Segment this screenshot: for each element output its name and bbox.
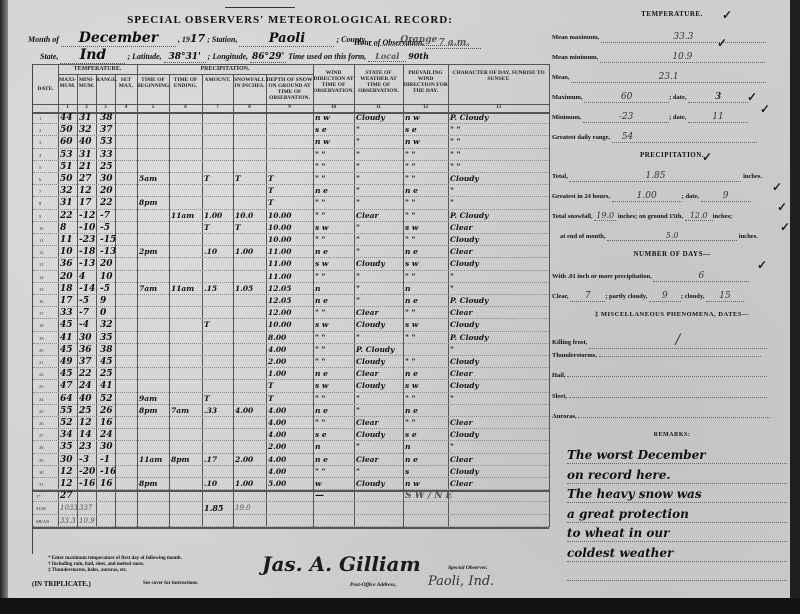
row-guide [33,367,549,368]
table-cell-setmax: 41 [100,381,113,391]
table-cell-setmax: 53 [100,137,113,147]
table-cell-max: 20 [60,272,73,282]
table-cell-min: -18 [79,247,95,257]
table-cell-min: -14 [79,284,95,294]
row-guide [33,209,549,210]
table-cell-weather: " [356,198,360,208]
table-cell-character: " " [450,162,460,172]
check-mark-icon: ✓ [747,90,757,105]
table-cell-prevailing: " " [405,418,415,428]
table-cell-character: Cloudy [450,357,479,367]
footnote-3: ‡ Thunderstorms, hales, auroras, etc. [48,568,127,573]
thunder-value [599,356,761,357]
table-cell-max: 45 [60,369,73,379]
row-guide [33,428,549,429]
table-cell-setmax: -5 [100,284,110,294]
column-number: 4 [115,105,137,111]
extra-row-label: 1* [36,494,41,499]
table-cell-character: Cloudy [450,381,479,391]
table-cell-max: 60 [60,137,73,147]
table-cell-depth: 12.05 [268,296,292,306]
table-cell-wind: s w [315,381,328,391]
column-divider [169,74,170,527]
table-cell-max: 32 [60,186,73,196]
table-cell-setmax: -16 [100,467,116,477]
table-cell-min: 30 [79,333,92,343]
table-cell-setmax: 20 [100,186,113,196]
table-cell-setmax: 25 [100,162,113,172]
endmonth-unit: inches. [739,233,758,240]
table-cell-weather: Cloudy [356,430,385,440]
remark-line: The worst December [567,447,787,464]
table-cell-snow: 10.0 [235,211,253,221]
snowfall-mid-label: inches; on ground 15th, [618,213,683,220]
row-guide [33,294,549,295]
table-cell-wind: " " [315,174,325,184]
row-guide [33,160,549,161]
table-cell-max: 44 [60,113,73,123]
table-cell-setmax: 25 [100,369,113,379]
table-cell-prevailing: s w [405,320,418,330]
remark-line: The heavy snow was [567,486,787,503]
table-cell-max: 47 [60,381,73,391]
observations-table: TEMPERATURE.PRECIPITATION.DATE.MAXI-MUM.… [32,64,549,554]
hail: Hail, [552,372,777,379]
station-label: ; Station, [207,35,237,44]
summary-cell-min: 10.9 [79,516,95,526]
table-cell-min: 23 [79,442,92,452]
table-cell-prevailing: s w [405,381,418,391]
table-cell-max: 11 [60,235,73,245]
table-row-date: 13 [39,262,44,267]
precipitation-heading: PRECIPITATION. [552,151,792,159]
row-guide [33,318,549,319]
table-cell-min: 31 [79,113,92,123]
table-cell-setmax: 35 [100,333,113,343]
clear-value: 7 [570,291,605,302]
table-cell-setmax: 16 [100,479,113,489]
column-header: RANGE. [96,77,115,83]
ground-15th-value: 12.0 [685,211,713,221]
column-divider [313,64,314,527]
table-row-date: 14 [39,275,44,280]
column-divider [403,64,404,527]
weather-record-document: SPECIAL OBSERVERS' METEOROLOGICAL RECORD… [0,0,800,604]
table-cell-max: 50 [60,174,73,184]
summary-cell-max: 33.3 [60,516,76,526]
row-guide [33,135,549,136]
table-cell-min: 12 [79,418,92,428]
mean-min-value: 10.9 [600,52,765,63]
snowfall-label: Total snowfall, [552,213,593,220]
table-cell-amount: T [204,174,210,184]
table-row-date: 16 [39,299,44,304]
table-cell-character: " " [450,125,460,135]
table-row-date: 27 [39,433,44,438]
summary-cell-amount: 1.85 [204,503,223,513]
table-cell-character: " [450,284,454,294]
table-cell-weather: Cloudy [356,357,385,367]
table-cell-depth: 11.00 [268,259,292,269]
check-mark-icon: ✓ [777,200,787,215]
table-cell-weather: " [356,284,360,294]
table-cell-weather: Cloudy [356,320,385,330]
precip-total-unit: inches. [743,173,762,180]
partly-value: 9 [649,291,681,302]
column-divider [96,74,97,527]
table-row-date: 20 [39,348,44,353]
column-divider [77,74,78,527]
table-cell-character: P. Cloudy [450,333,489,343]
table-row-date: 4 [39,153,41,158]
table-cell-begin: 9am [139,394,157,404]
column-header: TIME OF ENDING. [169,77,202,89]
scan-right-edge [790,0,800,600]
table-cell-wind: s w [315,320,328,330]
mean-minimum: Mean minimum, 10.9 [552,52,777,63]
table-cell-character: " [450,394,454,404]
column-number: 11 [354,105,403,111]
time-extra: 90th [408,51,429,61]
column-header: WIND DIRECTION AT TIME OF OBSERVATION. [313,70,354,94]
table-cell-wind: " " [315,211,325,221]
table-row-date: 28 [39,445,44,450]
table-cell-depth: 10.00 [268,223,292,233]
table-cell-character: Clear [450,308,472,318]
table-cell-setmax: 32 [100,320,113,330]
summary-cell-wind: — [315,491,324,501]
table-cell-weather: Clear [356,369,378,379]
check-mark-icon: ✓ [702,150,712,165]
table-cell-wind: n [315,442,320,452]
table-cell-character: Clear [450,223,472,233]
table-cell-setmax: 38 [100,113,113,123]
table-cell-character: Clear [450,369,472,379]
table-cell-wind: " " [315,467,325,477]
table-row-date: 10 [39,226,44,231]
table-cell-end: 8pm [171,455,189,465]
table-row-date: 19 [39,336,44,341]
hail-label: Hail, [552,372,566,379]
table-row-date: 26 [39,421,44,426]
table-cell-min: 17 [79,198,92,208]
table-cell-max: 41 [60,333,73,343]
table-cell-min: -10 [79,223,95,233]
table-cell-wind: s w [315,223,328,233]
table-cell-weather: Clear [356,418,378,428]
table-cell-wind: " " [315,198,325,208]
top-rule [225,7,295,8]
table-cell-depth: 11.00 [268,272,292,282]
form-title: SPECIAL OBSERVERS' METEOROLOGICAL RECORD… [70,14,510,26]
table-cell-amount: .33 [204,406,217,416]
table-row-date: 6 [39,177,41,182]
latitude-value: 38°31' [164,52,206,63]
column-number: 8 [233,105,266,111]
table-cell-min: 40 [79,394,92,404]
row-guide [33,257,549,258]
column-header: PREVAILING WIND DIRECTION FOR THE DAY. [403,70,448,94]
footnote-1: * Enter maximum temperature of first day… [48,556,182,561]
table-cell-snow: 1.00 [235,247,253,257]
table-cell-max: 49 [60,357,73,367]
hail-value [567,376,767,377]
table-cell-max: 51 [60,162,73,172]
hour-label: Hour of Observation, [354,38,424,47]
table-cell-amount: .10 [204,247,217,257]
row-guide [33,526,549,527]
table-cell-max: 55 [60,406,73,416]
table-cell-weather: " [356,150,360,160]
row-guide [33,270,549,271]
table-cell-max: 34 [60,430,73,440]
min-date-label: ; date, [669,114,686,121]
table-cell-depth: 8.00 [268,333,286,343]
time-label: Time used on this form, [288,52,366,61]
column-header: DATE. [33,86,58,92]
table-cell-character: Cloudy [450,174,479,184]
table-row-date: 8 [39,201,41,206]
table-cell-prevailing: " " [405,174,415,184]
max-date-label: ; date, [669,94,686,101]
table-cell-amount: T [204,223,210,233]
cloudy-label: ; cloudy, [681,293,704,300]
observer-label: Special Observer. [448,565,487,571]
table-cell-max: 31 [60,198,73,208]
column-divider [266,74,267,527]
column-divider [549,64,550,527]
column-header: TIME OF BEGINNING. [137,77,169,89]
state-label: State, [40,52,58,61]
column-header: MAXI-MUM. [58,77,77,89]
table-cell-prevailing: n e [405,296,418,306]
table-cell-amount: T [204,394,210,404]
table-cell-amount: .10 [204,479,217,489]
sleet: Sleet, [552,393,777,400]
table-cell-wind: " " [315,150,325,160]
table-cell-prevailing: " " [405,150,415,160]
address-value: Paoli, Ind. [428,574,494,589]
table-row-date: 12 [39,250,44,255]
table-cell-character: Clear [450,418,472,428]
column-number: 10 [313,105,354,111]
row-guide [33,489,549,490]
table-row-date: 5 [39,165,41,170]
column-number: 12 [403,105,448,111]
summary-cell-min: 337 [79,503,92,513]
table-cell-wind: s e [315,430,327,440]
table-cell-wind: " " [315,235,325,245]
table-cell-character: " [450,198,454,208]
table-cell-max: 45 [60,345,73,355]
table-cell-weather: " [356,467,360,477]
table-cell-amount: 1.00 [204,211,222,221]
remarks-heading: REMARKS: [552,432,792,438]
table-cell-max: 17 [60,296,73,306]
table-cell-character: " [450,345,454,355]
table-cell-min: 21 [79,162,92,172]
greatest-date-value: 9 [701,191,751,202]
table-cell-max: 18 [60,284,73,294]
table-cell-weather: " [356,162,360,172]
number-of-days-heading: NUMBER OF DAYS— [552,250,792,258]
table-cell-wind: n e [315,406,328,416]
table-cell-weather: " [356,442,360,452]
table-cell-setmax: 16 [100,418,113,428]
table-cell-prevailing: s [405,467,409,477]
table-cell-wind: n e [315,455,328,465]
table-cell-end: 11am [171,284,194,294]
table-cell-prevailing: n e [405,247,418,257]
max-date-value: 3 [688,92,748,103]
clear-label: Clear, [552,293,569,300]
column-divider [58,64,59,527]
table-cell-depth: T [268,174,274,184]
table-cell-prevailing: n w [405,137,420,147]
mean-max-label: Mean maximum, [552,34,599,41]
cloudy-value: 15 [706,291,744,302]
table-cell-amount: .15 [204,284,217,294]
table-row-date: 25 [39,409,44,414]
table-cell-max: 52 [60,418,73,428]
column-number: 7 [202,105,233,111]
table-cell-setmax: 10 [100,272,113,282]
remark-line: to wheat in our [567,525,787,542]
table-cell-character: P. Cloudy [450,211,489,221]
table-top-border [33,64,549,65]
header-row-state: State, Ind ; Latitude, 38°31' ; Longitud… [40,47,429,64]
row-guide [33,465,549,466]
thunderstorms: Thunderstorms, [552,352,777,359]
misc-phenomena-heading: ‡ MISCELLANEOUS PHENOMENA, DATES— [552,311,792,318]
table-cell-min: 27 [79,174,92,184]
table-cell-depth: 12.05 [268,284,292,294]
table-cell-character: P. Cloudy [450,296,489,306]
table-cell-character: " [450,442,454,452]
table-cell-prevailing: " " [405,198,415,208]
table-row-date: 1 [39,116,41,121]
table-cell-max: 64 [60,394,73,404]
row-guide [33,453,549,454]
table-row-date: 21 [39,360,44,365]
max-value: 60 [584,92,669,103]
table-cell-max: 12 [60,467,73,477]
table-row-date: 22 [39,372,44,377]
table-cell-setmax: 37 [100,125,113,135]
row-guide [33,501,549,502]
table-cell-prevailing: n e [405,455,418,465]
table-cell-character: Cloudy [450,259,479,269]
table-cell-min: -4 [79,320,89,330]
table-cell-begin: 8pm [139,479,157,489]
table-cell-depth: 11.00 [268,247,292,257]
table-cell-min: 37 [79,357,92,367]
longitude-value: 86°29' [250,52,286,63]
month-value: December [61,30,176,47]
column-header: SET MAX. [115,77,137,89]
table-cell-wind: " " [315,308,325,318]
greatest-value: 1.00 [612,191,682,202]
table-row-date: 29 [39,458,44,463]
table-cell-weather: " [356,125,360,135]
table-row-date: 11 [39,238,43,243]
table-cell-setmax: 38 [100,345,113,355]
remark-line: a great protection [567,506,787,523]
table-row-date: 23 [39,384,44,389]
min-label: Minimum, [552,114,581,121]
table-cell-begin: 11am [139,455,162,465]
table-cell-character: Clear [450,455,472,465]
row-guide [33,184,549,185]
table-cell-weather: " [356,272,360,282]
table-cell-depth: 4.00 [268,467,286,477]
mean-max-value: 33.3 [601,32,766,43]
days-sky-condition: Clear, 7; partly cloudy, 9; cloudy, 15 [552,291,777,302]
station-value: Paoli [239,31,334,47]
table-cell-character: P. Cloudy [450,113,489,123]
table-cell-character: " [450,272,454,282]
table-cell-min: -7 [79,308,89,318]
table-cell-max: 22 [60,211,73,221]
table-cell-setmax: -1 [100,455,110,465]
table-cell-character: Cloudy [450,235,479,245]
table-cell-min: 12 [79,186,92,196]
thunder-label: Thunderstorms, [552,352,597,359]
table-cell-prevailing: s w [405,259,418,269]
table-cell-weather: " [356,406,360,416]
hour-of-observation: Hour of Observation, 7 a.m. [354,38,481,49]
month-end-border [33,490,549,492]
table-row-date: 9 [39,214,41,219]
precip-total-label: Total, [552,173,568,180]
table-cell-min: 24 [79,381,92,391]
row-guide [33,221,549,222]
table-cell-depth: 4.00 [268,406,286,416]
minimum: Minimum, -23; date, 11 [552,112,777,123]
table-cell-character: Cloudy [450,320,479,330]
maximum: Maximum, 60; date, 3 [552,92,777,103]
scan-edge [0,0,8,604]
table-cell-depth: 2.00 [268,357,286,367]
table-cell-setmax: 0 [100,308,106,318]
table-cell-prevailing: n w [405,479,420,489]
summary-panel: TEMPERATURE. Mean maximum, 33.3 Mean min… [552,0,792,600]
table-cell-setmax: 52 [100,394,113,404]
table-cell-min: -12 [79,211,95,221]
table-cell-max: 30 [60,455,73,465]
table-cell-depth: 2.00 [268,442,286,452]
check-mark-icon: ✓ [772,180,782,195]
days-precip-label: With .01 inch or more precipitation, [552,273,652,280]
table-cell-prevailing: " " [405,211,415,221]
table-cell-weather: " [356,137,360,147]
table-cell-min: -23 [79,235,95,245]
column-header: AMOUNT. [202,77,233,83]
state-value: Ind [60,47,125,64]
table-cell-min: 40 [79,137,92,147]
table-cell-setmax: 9 [100,296,106,306]
summary-cell-max: 1033 [60,503,78,513]
table-cell-setmax: 20 [100,259,113,269]
table-row-date: 2 [39,128,41,133]
table-row-date: 18 [39,323,44,328]
check-mark-icon: ✓ [722,8,732,23]
table-cell-begin: 2pm [139,247,157,257]
row-guide [33,514,549,515]
table-row-date: 31 [39,482,44,487]
precip-total-value: 1.85 [569,171,741,182]
column-header: CHARACTER OF DAY, SUNRISE TO SUNSET. [448,70,549,82]
